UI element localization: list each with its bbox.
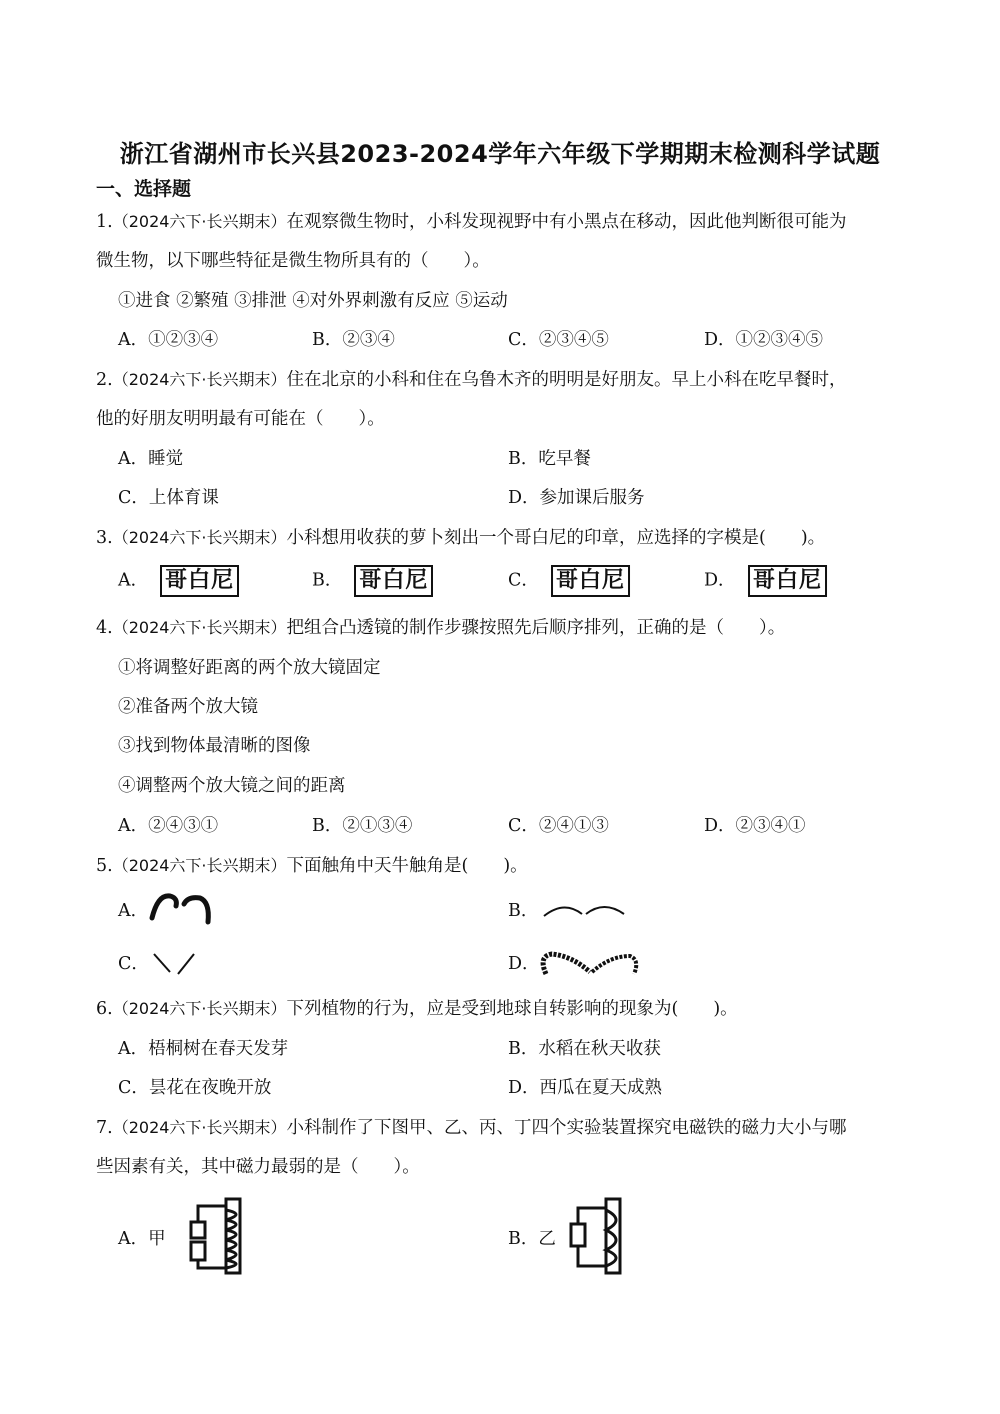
question-7-line1: 7.（2024六下·长兴期末）小科制作了下图甲、乙、丙、丁四个实验装置探究电磁铁… [96, 1114, 847, 1139]
question-4-line1: 4.（2024六下·长兴期末）把组合凸透镜的制作步骤按照先后顺序排列，正确的是（… [96, 614, 785, 639]
option-c[interactable]: C．昙花在夜晚开放 [118, 1074, 271, 1099]
question-2-line1: 2.（2024六下·长兴期末）住在北京的小科和住在乌鲁木齐的明明是好朋友。早上小… [96, 366, 847, 391]
stamp-text: 哥白尼 [753, 567, 822, 595]
question-1-line1: 1.（2024六下·长兴期末）在观察微生物时，小科发现视野中有小黑点在移动，因此… [96, 208, 847, 233]
option-label: D． [704, 571, 736, 591]
question-source: （2024六下·长兴期末） [113, 856, 287, 875]
option-a[interactable]: A．睡觉 [118, 445, 183, 470]
step-4: ④调整两个放大镜之间的距离 [118, 772, 346, 797]
stamp-flipped-vertical: 哥白尼 [354, 565, 433, 597]
question-text: 下列植物的行为，应是受到地球自转影响的现象为( )。 [287, 999, 738, 1019]
question-text: 小科制作了下图甲、乙、丙、丁四个实验装置探究电磁铁的磁力大小与哪 [287, 1118, 847, 1138]
option-a[interactable]: A．甲 [118, 1225, 166, 1250]
option-a[interactable]: A． [118, 897, 148, 922]
option-b[interactable]: B． [508, 897, 538, 922]
option-a[interactable]: A．①②③④ [118, 326, 218, 351]
option-label: B． [508, 901, 538, 921]
stamp-normal: 哥白尼 [160, 565, 239, 597]
question-3-line1: 3.（2024六下·长兴期末）小科想用收获的萝卜刻出一个哥白尼的印章，应选择的字… [96, 524, 825, 549]
option-c[interactable]: C．上体育课 [118, 484, 219, 509]
option-d[interactable]: D．①②③④⑤ [704, 326, 823, 351]
step-2: ②准备两个放大镜 [118, 693, 258, 718]
electromagnet-yi-icon [562, 1196, 632, 1276]
option-d[interactable]: D． [508, 950, 540, 975]
option-label: C． [508, 571, 539, 591]
option-a[interactable]: A．②④③① [118, 812, 218, 837]
option-d[interactable]: D．②③④① [704, 812, 806, 837]
question-5-line1: 5.（2024六下·长兴期末）下面触角中天牛触角是( )。 [96, 852, 528, 877]
antenna-segmented-icon [538, 950, 642, 978]
option-b[interactable]: B．乙 [508, 1225, 556, 1250]
question-1-line2: 微生物，以下哪些特征是微生物所具有的（ ）。 [96, 247, 490, 272]
option-label: C． [118, 954, 149, 974]
stamp-mirrored: 哥白尼 [551, 565, 630, 597]
question-number: 6. [96, 999, 113, 1019]
question-7-line2: 些因素有关，其中磁力最弱的是（ ）。 [96, 1153, 420, 1178]
option-label: A． [118, 901, 148, 921]
page-title: 浙江省湖州市长兴县2023-2024学年六年级下学期期末检测科学试题 [0, 134, 1000, 169]
electromagnet-jia-icon [180, 1196, 250, 1276]
option-a[interactable]: A．哥白尼 [118, 565, 239, 597]
question-text: 下面触角中天牛触角是( )。 [287, 856, 528, 876]
question-1-items: ①进食 ②繁殖 ③排泄 ④对外界刺激有反应 ⑤运动 [118, 287, 508, 312]
question-text: 住在北京的小科和住在乌鲁木齐的明明是好朋友。早上小科在吃早餐时， [287, 370, 847, 390]
stamp-rotated: 哥白尼 [748, 565, 827, 597]
section-heading: 一、选择题 [96, 174, 191, 201]
stamp-text: 哥白尼 [165, 567, 234, 595]
antenna-thin-arc-icon [542, 900, 626, 922]
question-number: 3. [96, 528, 113, 548]
option-b[interactable]: B．②③④ [312, 326, 395, 351]
option-c[interactable]: C．②④①③ [508, 812, 609, 837]
option-d[interactable]: D．参加课后服务 [508, 484, 645, 509]
exam-page: 浙江省湖州市长兴县2023-2024学年六年级下学期期末检测科学试题 一、选择题… [0, 0, 1000, 1414]
question-number: 2. [96, 370, 113, 390]
stamp-text: 哥白尼 [556, 567, 625, 595]
question-text: 在观察微生物时，小科发现视野中有小黑点在移动，因此他判断很可能为 [287, 212, 847, 232]
question-6-line1: 6.（2024六下·长兴期末）下列植物的行为，应是受到地球自转影响的现象为( )… [96, 995, 738, 1020]
option-c[interactable]: C．哥白尼 [508, 565, 630, 597]
question-number: 4. [96, 618, 113, 638]
option-a[interactable]: A．梧桐树在春天发芽 [118, 1035, 288, 1060]
question-source: （2024六下·长兴期末） [113, 618, 287, 637]
stamp-text: 哥白尼 [359, 567, 428, 595]
question-source: （2024六下·长兴期末） [113, 370, 287, 389]
option-b[interactable]: B．水稻在秋天收获 [508, 1035, 661, 1060]
option-b[interactable]: B．吃早餐 [508, 445, 591, 470]
antenna-thick-curved-icon [148, 890, 214, 926]
option-b[interactable]: B．②①③④ [312, 812, 412, 837]
option-label: A． [118, 571, 148, 591]
step-3: ③找到物体最清晰的图像 [118, 732, 311, 757]
option-c[interactable]: C．②③④⑤ [508, 326, 609, 351]
question-source: （2024六下·长兴期末） [113, 212, 287, 231]
question-number: 5. [96, 856, 113, 876]
option-label: B． [312, 571, 342, 591]
option-b[interactable]: B．哥白尼 [312, 565, 433, 597]
question-source: （2024六下·长兴期末） [113, 1118, 287, 1137]
question-number: 7. [96, 1118, 113, 1138]
question-source: （2024六下·长兴期末） [113, 528, 287, 547]
question-text: 小科想用收获的萝卜刻出一个哥白尼的印章，应选择的字模是( )。 [287, 528, 826, 548]
option-label: D． [508, 954, 540, 974]
question-source: （2024六下·长兴期末） [113, 999, 287, 1018]
antenna-straight-v-icon [150, 950, 200, 976]
option-c[interactable]: C． [118, 950, 149, 975]
step-1: ①将调整好距离的两个放大镜固定 [118, 654, 381, 679]
question-number: 1. [96, 212, 113, 232]
option-d[interactable]: D．西瓜在夏天成熟 [508, 1074, 662, 1099]
option-d[interactable]: D．哥白尼 [704, 565, 827, 597]
question-text: 把组合凸透镜的制作步骤按照先后顺序排列，正确的是（ ）。 [287, 618, 786, 638]
question-2-line2: 他的好朋友明明最有可能在（ ）。 [96, 405, 385, 430]
